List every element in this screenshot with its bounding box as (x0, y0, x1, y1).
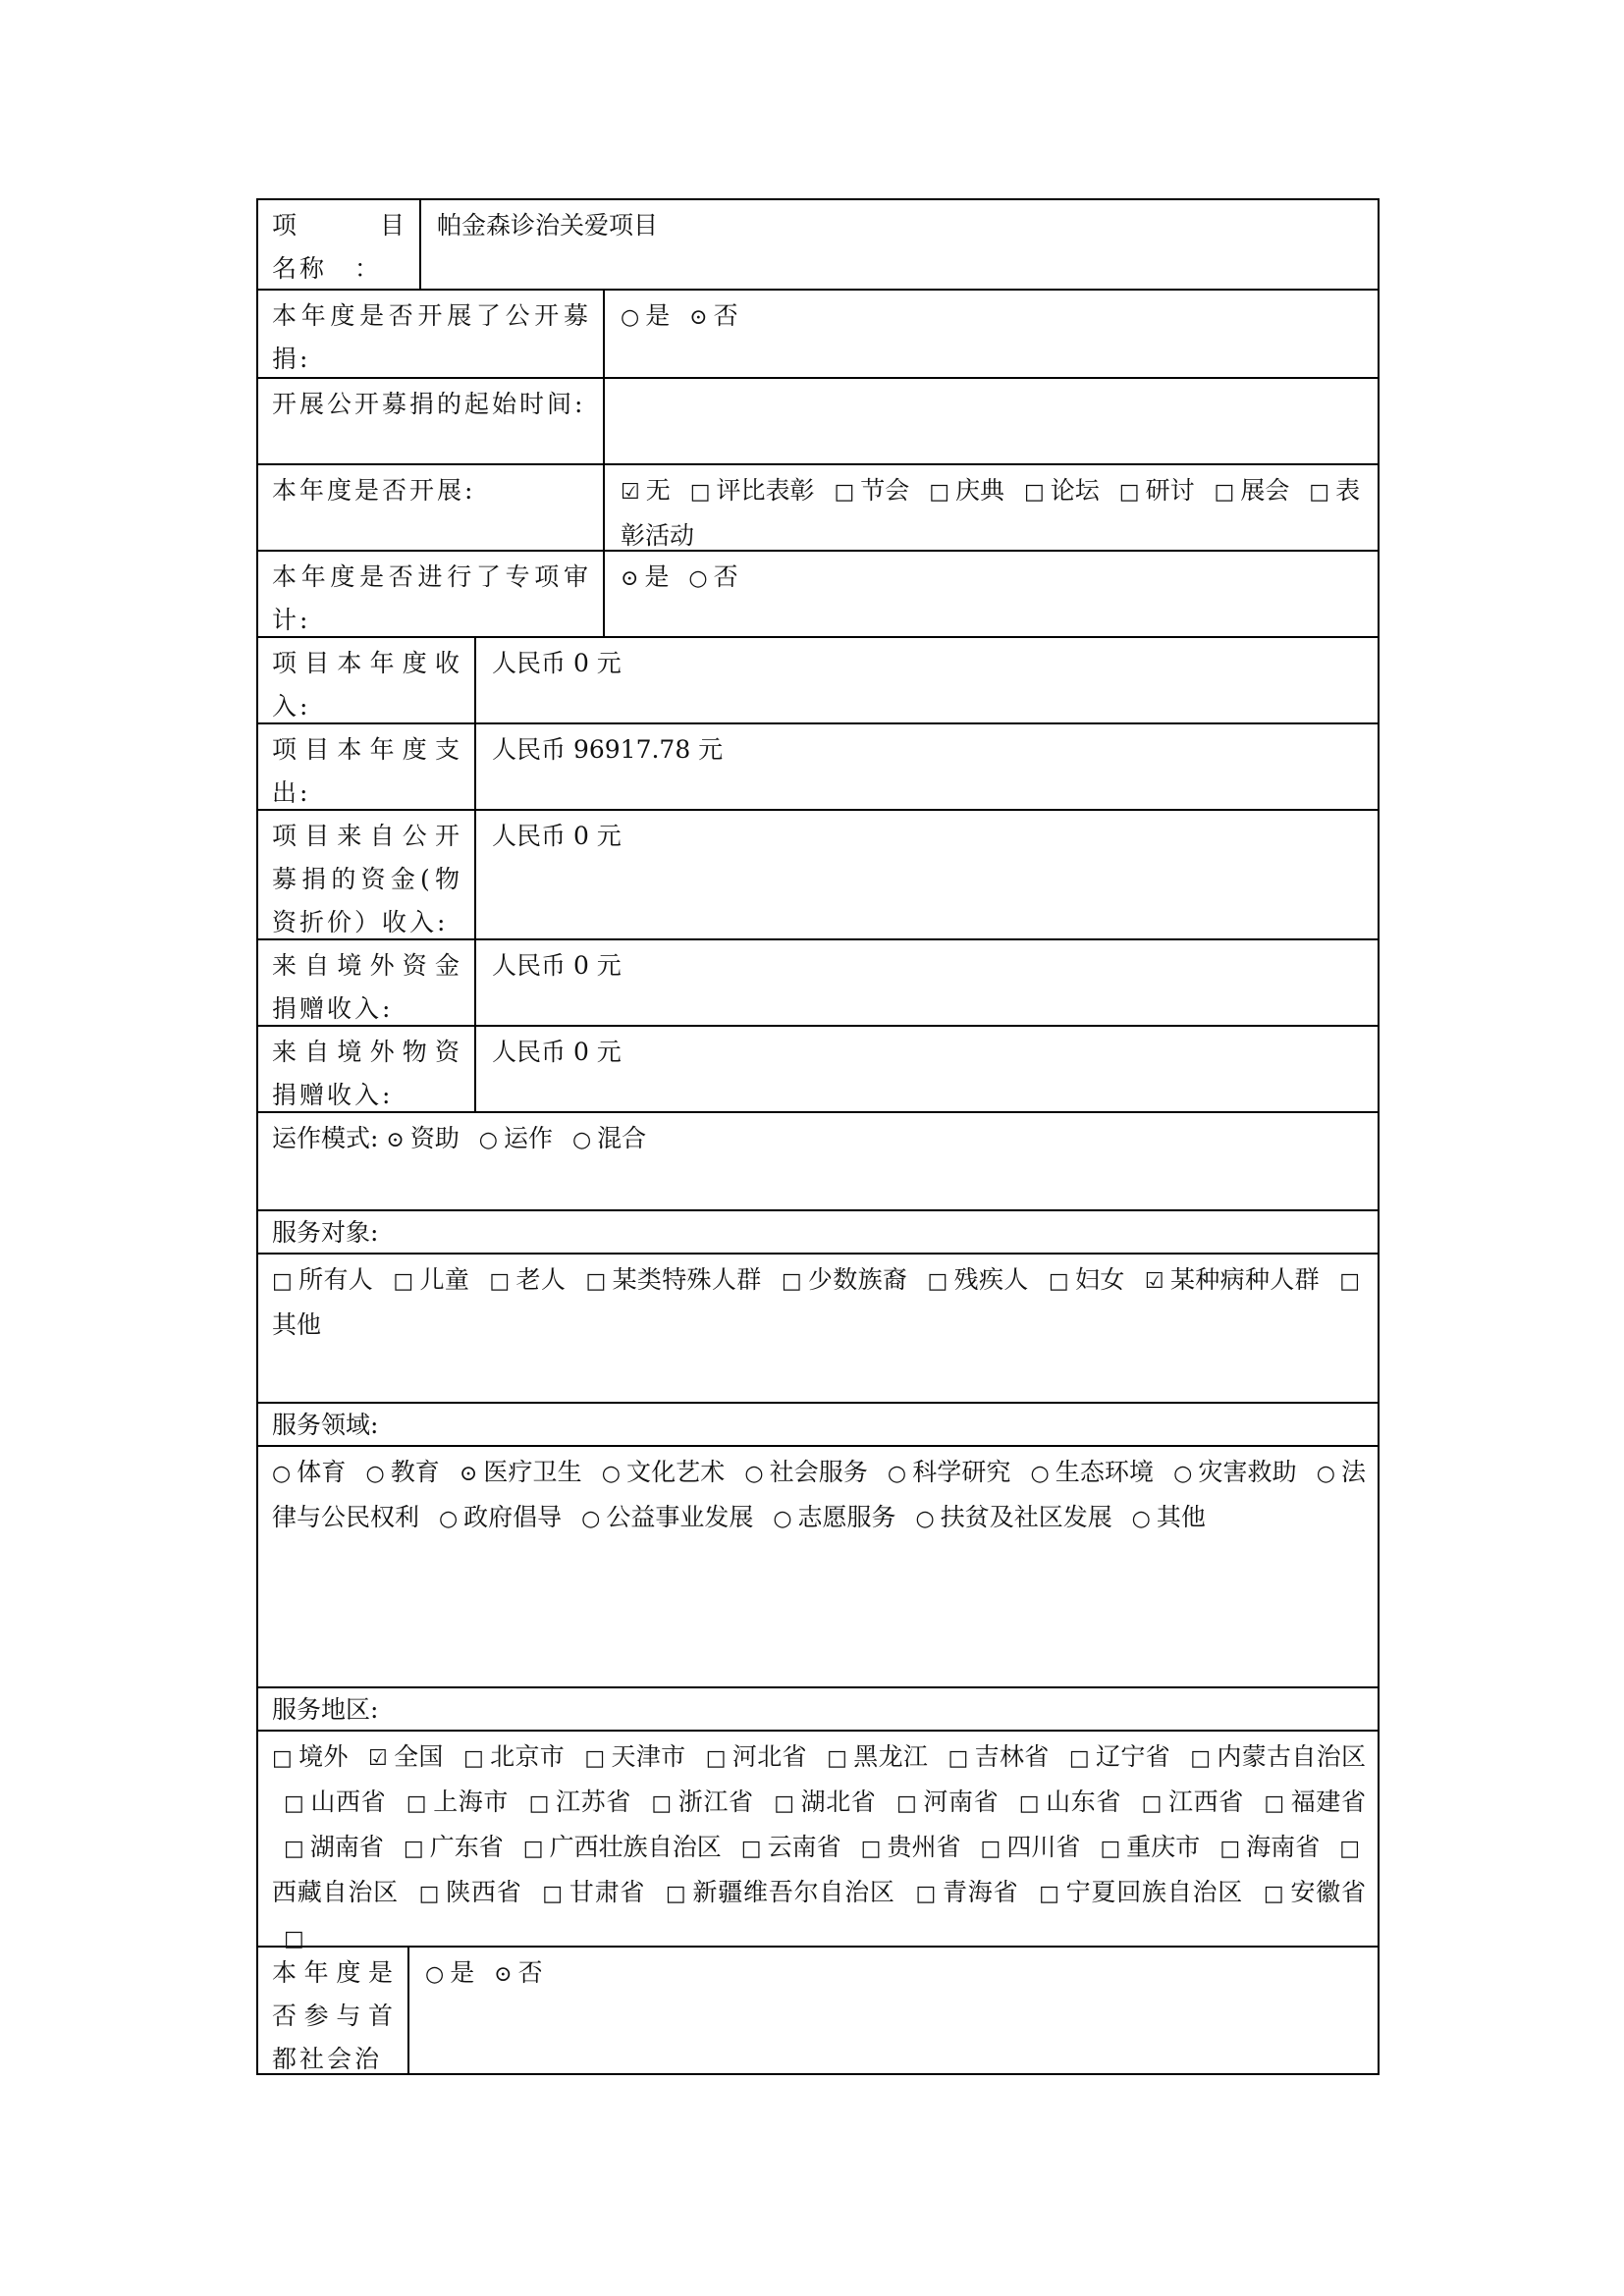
checkbox-icon[interactable]: □ (284, 1828, 304, 1871)
radio-icon[interactable]: ○ (425, 1953, 444, 1997)
option-item[interactable]: □庆典 (929, 476, 1004, 505)
option-item[interactable]: □青海省 (915, 1878, 1018, 1906)
option-label: 庆典 (955, 476, 1004, 505)
option-item[interactable]: ○是 (621, 301, 670, 330)
option-label: 上海市 (433, 1788, 509, 1816)
checkbox-icon[interactable]: □ (1049, 1260, 1069, 1304)
row-special-audit: 本年度是否进行了专项审计: ⊙是 ○否 (258, 550, 1378, 636)
value-foreign-goods: 人民币 0 元 (476, 1027, 1378, 1111)
option-label: 江苏省 (555, 1788, 630, 1816)
option-item[interactable]: □河北省 (706, 1742, 807, 1771)
row-capital-governance: 本年度是否参与首都社会治 ○是 ⊙否 (258, 1946, 1378, 2073)
row-service-fields-label: 服务领域: (258, 1402, 1378, 1445)
option-item[interactable]: □内蒙古自治区 (1190, 1742, 1366, 1771)
checkbox-icon[interactable]: □ (834, 471, 854, 514)
checkbox-icon[interactable]: □ (1024, 471, 1045, 514)
option-item[interactable]: □山东省 (1019, 1788, 1121, 1816)
option-label: 教育 (391, 1458, 440, 1486)
radio-icon[interactable]: ○ (1317, 1453, 1335, 1496)
option-label: 扶贫及社区发展 (941, 1503, 1112, 1531)
option-label: 辽宁省 (1096, 1742, 1170, 1771)
options-service-regions: □境外 ☑全国 □北京市 □天津市 □河北省 □黑龙江 □吉林省 □辽宁省 □内… (258, 1732, 1378, 1946)
option-item[interactable]: □江苏省 (529, 1788, 631, 1816)
option-label: 妇女 (1075, 1265, 1125, 1294)
checkbox-icon[interactable]: □ (981, 1828, 1001, 1871)
option-item[interactable]: ○体育 (272, 1458, 346, 1486)
row-fundraising-start: 开展公开募捐的起始时间: (258, 377, 1378, 463)
option-item[interactable]: □辽宁省 (1069, 1742, 1170, 1771)
option-item[interactable]: □新疆维吾尔自治区 (666, 1878, 895, 1906)
checkbox-icon[interactable]: □ (690, 471, 711, 514)
option-item[interactable]: ⊙是 (621, 562, 669, 591)
option-label: 宁夏回族自治区 (1065, 1878, 1243, 1906)
option-item[interactable]: ○运作 (479, 1124, 553, 1152)
checkbox-icon[interactable]: □ (1069, 1737, 1090, 1781)
option-item[interactable]: □海南省 (1219, 1833, 1320, 1861)
option-item[interactable]: ⊙否 (494, 1958, 542, 1987)
radio-icon[interactable]: ○ (479, 1119, 498, 1162)
label-annual-income: 项目本年度收入: (258, 638, 476, 722)
option-label: 青海省 (942, 1878, 1018, 1906)
checkbox-icon[interactable]: □ (529, 1783, 550, 1826)
row-service-regions: □境外 ☑全国 □北京市 □天津市 □河北省 □黑龙江 □吉林省 □辽宁省 □内… (258, 1730, 1378, 1946)
row-public-fundraising: 本年度是否开展了公开募捐: ○是 ⊙否 (258, 289, 1378, 377)
option-label: 海南省 (1246, 1833, 1320, 1861)
option-item[interactable]: □甘肃省 (542, 1878, 645, 1906)
row-operation-mode: 运作模式: ⊙资助 ○运作 ○混合 (258, 1111, 1378, 1209)
option-label: 某类特殊人群 (612, 1265, 761, 1294)
option-item[interactable]: □境外 (272, 1742, 349, 1771)
option-label: 山东省 (1046, 1788, 1121, 1816)
radio-icon[interactable]: ○ (572, 1119, 591, 1162)
option-item[interactable]: ○社会服务 (744, 1458, 868, 1486)
checkbox-icon[interactable]: □ (782, 1260, 802, 1304)
options-special-audit: ⊙是 ○否 (605, 552, 1378, 636)
row-service-targets: □所有人 □儿童 □老人 □某类特殊人群 □少数族裔 □残疾人 □妇女 ☑某种病… (258, 1253, 1378, 1402)
option-item[interactable]: ○混合 (572, 1124, 646, 1152)
option-item[interactable]: ○扶贫及社区发展 (915, 1503, 1111, 1531)
option-label: 河北省 (732, 1742, 807, 1771)
option-label: 社会服务 (770, 1458, 868, 1486)
radio-icon[interactable]: ○ (1132, 1498, 1151, 1541)
option-label: 广西壮族自治区 (550, 1833, 722, 1861)
radio-icon[interactable]: ○ (1173, 1453, 1192, 1496)
checked-checkbox-icon[interactable]: ☑ (1145, 1260, 1164, 1304)
value-public-funds-income: 人民币 0 元 (476, 811, 1378, 938)
option-item[interactable]: □宁夏回族自治区 (1039, 1878, 1243, 1906)
radio-icon[interactable]: ○ (365, 1453, 384, 1496)
option-item[interactable]: ○是 (425, 1958, 474, 1987)
value-annual-income: 人民币 0 元 (476, 638, 1378, 722)
option-label: 广东省 (430, 1833, 504, 1861)
options-service-targets: □所有人 □儿童 □老人 □某类特殊人群 □少数族裔 □残疾人 □妇女 ☑某种病… (258, 1255, 1378, 1402)
checkbox-icon[interactable]: □ (272, 1737, 293, 1781)
checkbox-icon[interactable]: □ (1142, 1783, 1163, 1826)
radio-icon[interactable]: ○ (888, 1453, 906, 1496)
selected-radio-icon[interactable]: ⊙ (689, 296, 707, 340)
radio-icon[interactable]: ○ (744, 1453, 763, 1496)
checkbox-icon[interactable]: □ (915, 1873, 936, 1916)
option-item[interactable]: □儿童 (393, 1265, 469, 1294)
option-item[interactable]: □福建省 (1264, 1788, 1366, 1816)
option-label: 是 (450, 1958, 474, 1987)
selected-radio-icon[interactable]: ⊙ (621, 558, 638, 601)
checkbox-icon[interactable]: □ (585, 1260, 606, 1304)
radio-icon[interactable]: ○ (272, 1453, 291, 1496)
option-label: 所有人 (298, 1265, 373, 1294)
label-capital-governance: 本年度是否参与首都社会治 (258, 1948, 409, 2073)
row-service-fields: ○体育 ○教育 ⊙医疗卫生 ○文化艺术 ○社会服务 ○科学研究 ○生态环境 ○灾… (258, 1445, 1378, 1686)
option-item[interactable]: □浙江省 (651, 1788, 753, 1816)
option-label: 生态环境 (1056, 1458, 1154, 1486)
checkbox-icon[interactable]: □ (272, 1260, 293, 1304)
option-item[interactable]: □山西省 (284, 1788, 386, 1816)
option-item[interactable]: ○政府倡导 (439, 1503, 562, 1531)
checkbox-icon[interactable]: □ (1264, 1873, 1284, 1916)
option-label: 其他 (1157, 1503, 1206, 1531)
option-item[interactable]: □评比表彰 (690, 476, 815, 505)
option-item[interactable]: ○否 (688, 562, 737, 591)
option-label: 科学研究 (912, 1458, 1010, 1486)
option-item[interactable]: ⊙资助 (386, 1124, 459, 1152)
checkbox-icon[interactable]: □ (584, 1737, 605, 1781)
option-label: 新疆维吾尔自治区 (692, 1878, 895, 1906)
option-label: 研讨 (1146, 476, 1195, 505)
checkbox-icon[interactable]: □ (406, 1783, 427, 1826)
option-item[interactable]: □陕西省 (419, 1878, 522, 1906)
option-label: 云南省 (768, 1833, 841, 1861)
option-label: 四川省 (1006, 1833, 1080, 1861)
project-info-table: 项 目 名称 ： 帕金森诊治关爱项目 本年度是否开展了公开募捐: ○是 ⊙否 开… (256, 198, 1380, 2075)
option-label: 儿童 (419, 1265, 469, 1294)
option-label: 评比表彰 (717, 476, 815, 505)
label-foreign-goods: 来自境外物资捐赠收入: (258, 1027, 476, 1111)
option-item[interactable]: □少数族裔 (782, 1265, 907, 1294)
radio-icon[interactable]: ○ (1031, 1453, 1050, 1496)
option-label: 境外 (298, 1742, 349, 1771)
options-capital-governance: ○是 ⊙否 (409, 1948, 1378, 2073)
option-item[interactable]: □湖北省 (774, 1788, 876, 1816)
option-item[interactable]: ○生态环境 (1031, 1458, 1155, 1486)
option-label: 节会 (860, 476, 909, 505)
option-label: 黑龙江 (853, 1742, 928, 1771)
option-item[interactable]: □论坛 (1024, 476, 1100, 505)
option-item[interactable]: ⊙医疗卫生 (460, 1458, 582, 1486)
option-item[interactable]: ○文化艺术 (602, 1458, 726, 1486)
option-label: 混合 (597, 1124, 646, 1152)
option-label: 湖北省 (800, 1788, 876, 1816)
checked-checkbox-icon[interactable]: ☑ (368, 1737, 388, 1781)
option-label: 福建省 (1290, 1788, 1366, 1816)
checkbox-icon[interactable]: □ (1215, 471, 1235, 514)
label-operation-mode: 运作模式: (272, 1124, 378, 1152)
radio-icon[interactable]: ○ (621, 296, 639, 340)
option-item[interactable]: □所有人 (272, 1265, 373, 1294)
checkbox-icon[interactable]: □ (651, 1783, 672, 1826)
label-public-fundraising: 本年度是否开展了公开募捐: (258, 291, 605, 377)
option-item[interactable]: ⊙否 (689, 301, 737, 330)
option-label: 老人 (515, 1265, 566, 1294)
checkbox-icon[interactable]: □ (1019, 1783, 1040, 1826)
option-item[interactable]: □吉林省 (948, 1742, 1050, 1771)
checkbox-icon[interactable]: □ (896, 1783, 917, 1826)
option-label: 安徽省 (1290, 1878, 1366, 1906)
option-label: 陕西省 (445, 1878, 521, 1906)
value-fundraising-start (605, 379, 1378, 463)
checkbox-icon[interactable]: □ (404, 1828, 424, 1871)
option-label: 其他 (272, 1310, 321, 1339)
option-label: 重庆市 (1126, 1833, 1200, 1861)
option-label: 贵州省 (887, 1833, 960, 1861)
option-item[interactable]: ☑无 (621, 476, 671, 505)
option-label: 残疾人 (953, 1265, 1028, 1294)
label-fundraising-start: 开展公开募捐的起始时间: (258, 379, 605, 463)
option-item[interactable]: □研讨 (1119, 476, 1195, 505)
option-item[interactable]: □妇女 (1049, 1265, 1125, 1294)
checkbox-icon[interactable]: □ (393, 1260, 413, 1304)
option-label: 是 (645, 301, 670, 330)
option-label: 吉林省 (974, 1742, 1049, 1771)
option-label: 全国 (394, 1742, 444, 1771)
checkbox-icon[interactable]: □ (1039, 1873, 1059, 1916)
checked-checkbox-icon[interactable]: ☑ (621, 471, 640, 514)
option-item[interactable]: □云南省 (741, 1833, 841, 1861)
radio-icon[interactable]: ○ (915, 1498, 934, 1541)
option-label: 医疗卫生 (483, 1458, 581, 1486)
option-label: 天津市 (611, 1742, 685, 1771)
checkbox-icon[interactable]: □ (741, 1828, 762, 1871)
option-item[interactable]: □上海市 (406, 1788, 509, 1816)
option-item[interactable]: ○教育 (365, 1458, 439, 1486)
option-label: 江西省 (1167, 1788, 1243, 1816)
row-project-name: 项 目 名称 ： 帕金森诊治关爱项目 (258, 200, 1378, 289)
option-item[interactable]: □老人 (489, 1265, 566, 1294)
checkbox-icon[interactable]: □ (1339, 1260, 1360, 1304)
option-label: 西藏自治区 (272, 1878, 399, 1906)
option-label: 灾害救助 (1198, 1458, 1296, 1486)
option-item[interactable]: □残疾人 (928, 1265, 1029, 1294)
option-item[interactable]: □河南省 (896, 1788, 999, 1816)
checkbox-icon[interactable]: □ (419, 1873, 440, 1916)
checkbox-icon[interactable]: □ (1100, 1828, 1120, 1871)
checkbox-icon[interactable]: □ (1309, 471, 1329, 514)
option-label: 体育 (297, 1458, 346, 1486)
checkbox-icon[interactable]: □ (1219, 1828, 1240, 1871)
row-service-targets-label: 服务对象: (258, 1209, 1378, 1253)
label-project-name: 项 目 名称 ： (258, 200, 421, 289)
radio-icon[interactable]: ○ (688, 558, 707, 601)
option-label: 甘肃省 (568, 1878, 645, 1906)
options-service-fields: ○体育 ○教育 ⊙医疗卫生 ○文化艺术 ○社会服务 ○科学研究 ○生态环境 ○灾… (258, 1447, 1378, 1686)
option-item[interactable]: □安徽省 (1264, 1878, 1366, 1906)
options-public-fundraising: ○是 ⊙否 (605, 291, 1378, 377)
radio-icon[interactable]: ○ (602, 1453, 621, 1496)
checkbox-icon[interactable]: □ (542, 1873, 563, 1916)
option-label: 是 (644, 562, 669, 591)
option-label: 政府倡导 (463, 1503, 562, 1531)
selected-radio-icon[interactable]: ⊙ (494, 1953, 512, 1997)
option-item[interactable]: ○公益事业发展 (581, 1503, 753, 1531)
option-label: 否 (518, 1958, 543, 1987)
row-annual-expense: 项目本年度支出: 人民币 96917.78 元 (258, 722, 1378, 809)
checkbox-icon[interactable]: □ (463, 1737, 484, 1781)
option-label: 河南省 (923, 1788, 999, 1816)
option-label: 少数族裔 (808, 1265, 908, 1294)
option-item[interactable]: ☑某种病种人群 (1145, 1265, 1320, 1294)
selected-radio-icon[interactable]: ⊙ (386, 1119, 404, 1162)
checkbox-icon[interactable]: □ (666, 1873, 686, 1916)
checkbox-icon[interactable]: □ (929, 471, 949, 514)
options-activities: ☑无 □评比表彰 □节会 □庆典 □论坛 □研讨 □展会 □表彰活动 (605, 465, 1378, 550)
radio-icon[interactable]: ○ (439, 1498, 458, 1541)
checkbox-icon[interactable]: □ (827, 1737, 847, 1781)
option-item[interactable]: □天津市 (584, 1742, 685, 1771)
option-item[interactable]: □贵州省 (861, 1833, 961, 1861)
option-label: 否 (714, 301, 738, 330)
checkbox-icon[interactable]: □ (948, 1737, 969, 1781)
option-label: 志愿服务 (798, 1503, 896, 1531)
value-annual-expense: 人民币 96917.78 元 (476, 724, 1378, 809)
checkbox-icon[interactable]: □ (489, 1260, 510, 1304)
option-item[interactable]: □湖南省 (284, 1833, 384, 1861)
option-label: 资助 (410, 1124, 460, 1152)
option-item[interactable]: ○科学研究 (888, 1458, 1011, 1486)
option-item[interactable]: ○灾害救助 (1173, 1458, 1297, 1486)
checkbox-icon[interactable]: □ (861, 1828, 882, 1871)
checkbox-icon[interactable]: □ (706, 1737, 727, 1781)
option-label: 山西省 (310, 1788, 386, 1816)
radio-icon[interactable]: ○ (773, 1498, 791, 1541)
option-label: 公益事业发展 (606, 1503, 753, 1531)
checkbox-icon[interactable]: □ (1264, 1783, 1284, 1826)
option-label: 内蒙古自治区 (1217, 1742, 1366, 1771)
label-special-audit: 本年度是否进行了专项审计: (258, 552, 605, 636)
option-item[interactable]: □黑龙江 (827, 1742, 928, 1771)
row-activities: 本年度是否开展: ☑无 □评比表彰 □节会 □庆典 □论坛 □研讨 □展会 □表… (258, 463, 1378, 550)
row-foreign-cash: 来自境外资金捐赠收入: 人民币 0 元 (258, 938, 1378, 1025)
options-operation-mode: ⊙资助 ○运作 ○混合 (386, 1124, 646, 1152)
option-label: 运作 (504, 1124, 553, 1152)
option-label: 浙江省 (677, 1788, 753, 1816)
value-foreign-cash: 人民币 0 元 (476, 940, 1378, 1025)
radio-icon[interactable]: ○ (581, 1498, 600, 1541)
checkbox-icon[interactable]: □ (1339, 1828, 1360, 1871)
row-service-regions-label: 服务地区: (258, 1686, 1378, 1730)
option-item[interactable]: □某类特殊人群 (585, 1265, 761, 1294)
option-item[interactable]: ○志愿服务 (773, 1503, 895, 1531)
checkbox-icon[interactable]: □ (284, 1783, 304, 1826)
label-service-targets: 服务对象: (258, 1211, 1378, 1253)
label-service-regions: 服务地区: (258, 1688, 1378, 1730)
option-label: 北京市 (490, 1742, 565, 1771)
checkbox-icon[interactable]: □ (774, 1783, 794, 1826)
option-item[interactable]: □广西壮族自治区 (523, 1833, 722, 1861)
checkbox-icon[interactable]: □ (523, 1828, 544, 1871)
option-item[interactable]: □四川省 (981, 1833, 1081, 1861)
selected-radio-icon[interactable]: ⊙ (460, 1453, 477, 1496)
label-activities: 本年度是否开展: (258, 465, 605, 550)
row-foreign-goods: 来自境外物资捐赠收入: 人民币 0 元 (258, 1025, 1378, 1111)
checkbox-icon[interactable]: □ (1190, 1737, 1211, 1781)
option-item[interactable]: □北京市 (463, 1742, 565, 1771)
option-item[interactable]: □江西省 (1142, 1788, 1244, 1816)
option-label: 展会 (1240, 476, 1289, 505)
option-label: 文化艺术 (626, 1458, 725, 1486)
label-public-funds-income: 项目来自公开募捐的资金(物资折价）收入: (258, 811, 476, 938)
row-annual-income: 项目本年度收入: 人民币 0 元 (258, 636, 1378, 722)
option-item[interactable]: ☑全国 (368, 1742, 444, 1771)
value-project-name: 帕金森诊治关爱项目 (421, 200, 1378, 289)
checkbox-icon[interactable]: □ (1119, 471, 1140, 514)
label-annual-expense: 项目本年度支出: (258, 724, 476, 809)
option-label: 无 (646, 476, 671, 505)
option-label: 某种病种人群 (1170, 1265, 1320, 1294)
option-item[interactable]: □展会 (1215, 476, 1290, 505)
option-label: 否 (714, 562, 738, 591)
option-item[interactable]: □广东省 (404, 1833, 504, 1861)
option-label: 论坛 (1051, 476, 1100, 505)
option-label: 湖南省 (310, 1833, 384, 1861)
option-item[interactable]: □节会 (834, 476, 909, 505)
option-item[interactable]: ○其他 (1132, 1503, 1206, 1531)
operation-mode-cell: 运作模式: ⊙资助 ○运作 ○混合 (258, 1113, 1378, 1209)
checkbox-icon[interactable]: □ (928, 1260, 948, 1304)
option-item[interactable]: □重庆市 (1100, 1833, 1200, 1861)
row-public-funds-income: 项目来自公开募捐的资金(物资折价）收入: 人民币 0 元 (258, 809, 1378, 938)
label-foreign-cash: 来自境外资金捐赠收入: (258, 940, 476, 1025)
label-service-fields: 服务领域: (258, 1404, 1378, 1445)
